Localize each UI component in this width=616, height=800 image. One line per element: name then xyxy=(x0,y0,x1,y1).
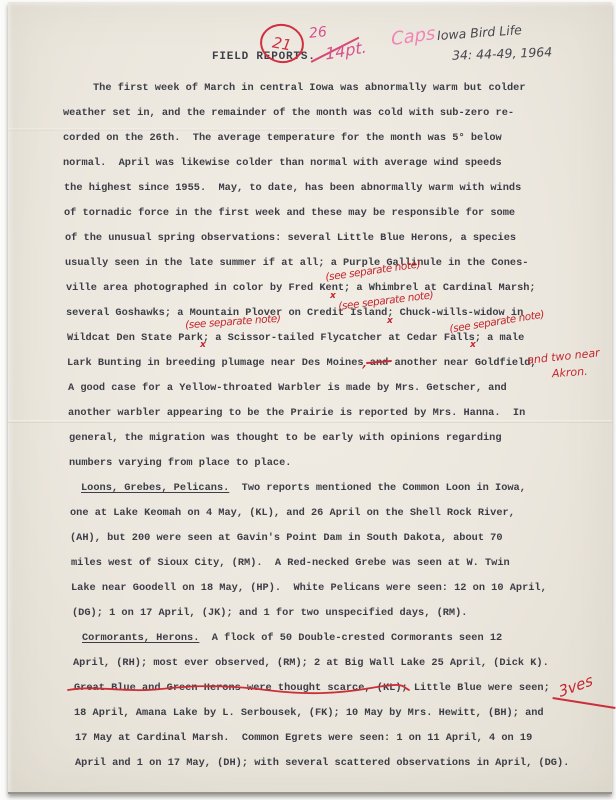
typed-line: several Goshawks; a Mountain Plover on C… xyxy=(66,307,523,320)
paper-crease xyxy=(8,128,338,131)
typed-line: numbers varying from place to place. xyxy=(69,457,291,470)
insertion-caret-1: x xyxy=(330,291,336,301)
insertion-caret-2: x xyxy=(387,316,393,326)
typed-line: (DG); 1 on 17 April, (JK); and 1 for two… xyxy=(72,607,467,620)
section-heading: Loons, Grebes, Pelicans. xyxy=(81,482,229,494)
typed-line: 17 May at Cardinal Marsh. Common Egrets … xyxy=(75,732,532,745)
typed-line: April, (RH); most ever observed, (RM); 2… xyxy=(73,657,549,670)
typed-line: of the unusual spring observations: seve… xyxy=(65,232,516,245)
paper-crease xyxy=(8,420,612,423)
typed-line: normal. April was likewise colder than n… xyxy=(63,157,502,170)
typed-line-rest: A flock of 50 Double-crested Cormorants … xyxy=(199,632,502,644)
insertion-caret-3: x xyxy=(200,340,206,350)
typed-line: A good case for a Yellow-throated Warble… xyxy=(68,382,507,395)
typed-line: general, the migration was thought to be… xyxy=(69,432,502,445)
typed-line: of tornadic force in the first week and … xyxy=(64,207,515,220)
circled-page-number-text: 21 xyxy=(271,33,293,54)
paper-sheet xyxy=(8,2,612,794)
section-heading: Cormorants, Herons. xyxy=(82,632,199,644)
insertion-caret-4: x xyxy=(470,340,476,350)
typed-line: 18 April, Amana Lake by L. Serbousek, (F… xyxy=(74,707,544,720)
typed-line: the highest since 1955. May, to date, ha… xyxy=(64,182,521,195)
red-squiggle-underline xyxy=(66,682,411,696)
typed-line: April and 1 on 17 May, (DH); with severa… xyxy=(75,757,569,770)
typed-line: weather set in, and the remainder of the… xyxy=(63,107,514,120)
typed-line: Loons, Grebes, Pelicans. Two reports men… xyxy=(81,482,526,495)
typed-line: The first week of March in central Iowa … xyxy=(93,82,526,95)
typed-line: usually seen in the late summer if at al… xyxy=(65,257,528,270)
typed-line: one at Lake Keomah on 4 May, (KL), and 2… xyxy=(70,507,515,520)
typed-line: (AH), but 200 were seen at Gavin's Point… xyxy=(70,532,503,545)
typed-line: corded on the 26th. The average temperat… xyxy=(63,132,502,145)
typed-line: miles west of Sioux City, (RM). A Red-ne… xyxy=(71,557,510,570)
typed-line: another warbler appearing to be the Prai… xyxy=(68,407,525,420)
typed-line: Lake near Goodell on 18 May, (HP). White… xyxy=(71,582,547,595)
type-size-numerator: 26 xyxy=(308,24,327,42)
margin-addition-line2: Akron. xyxy=(552,365,588,380)
typed-line: Cormorants, Herons. A flock of 50 Double… xyxy=(82,632,502,645)
typed-line: ville area photographed in color by Fred… xyxy=(66,282,536,295)
typed-line-rest: Two reports mentioned the Common Loon in… xyxy=(229,482,526,494)
typed-line: Lark Bunting in breeding plumage near De… xyxy=(67,357,537,370)
